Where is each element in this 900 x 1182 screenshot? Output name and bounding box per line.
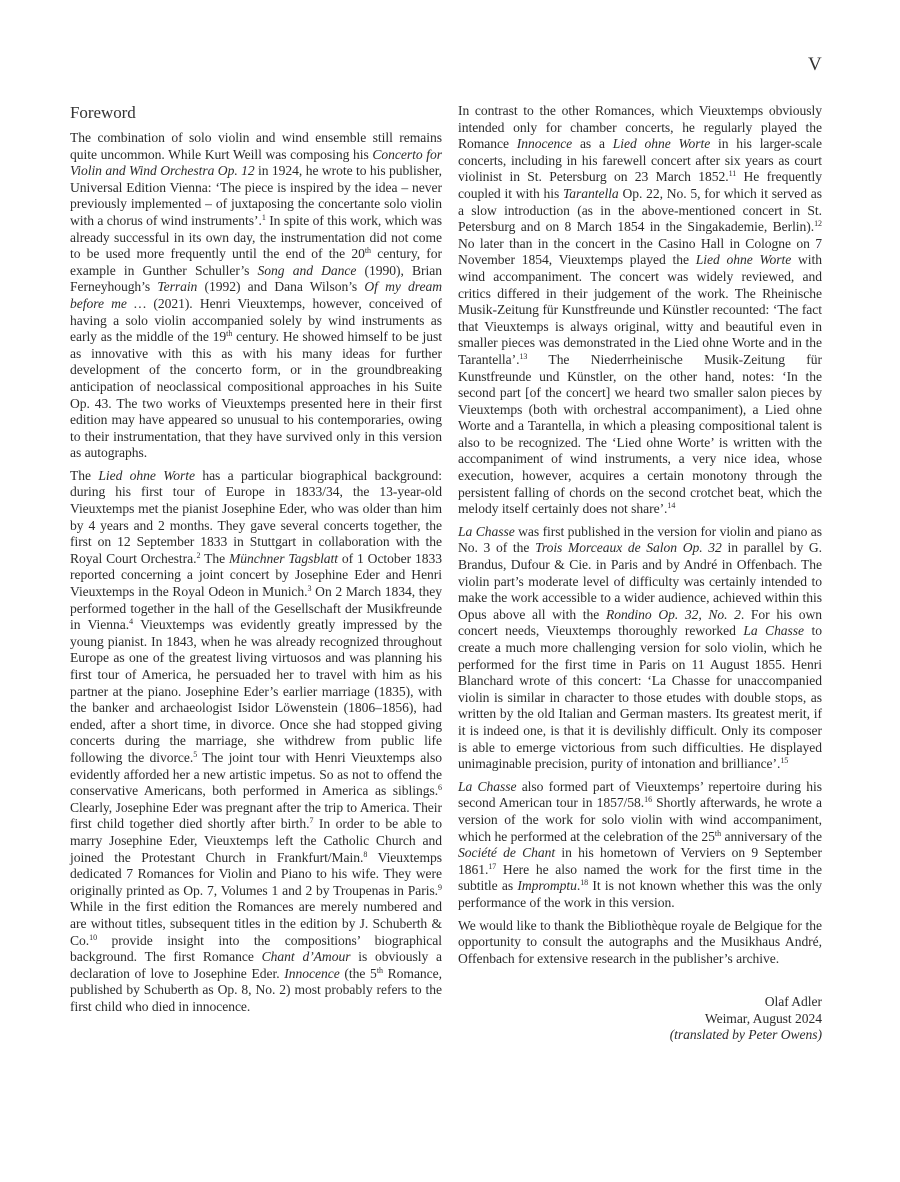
italic-title: Münchner Tagsblatt — [229, 551, 338, 566]
footnote-marker: 14 — [667, 501, 675, 510]
italic-title: Tarantella — [563, 186, 619, 201]
italic-title: Impromptu — [517, 878, 576, 893]
right-column: In contrast to the other Romances, which… — [458, 103, 822, 1044]
footnote-marker: 7 — [310, 816, 314, 825]
footnote-marker: 2 — [196, 551, 200, 560]
footnote-marker: th — [226, 329, 232, 338]
footnote-marker: 13 — [519, 352, 527, 361]
footnote-marker: th — [377, 966, 383, 975]
paragraph: We would like to thank the Bibliothèque … — [458, 918, 822, 968]
footnote-marker: 5 — [193, 750, 197, 759]
paragraph: The Lied ohne Worte has a particular bio… — [70, 468, 442, 1016]
italic-title: La Chasse — [458, 779, 516, 794]
italic-title: Trois Morceaux de Salon Op. 32 — [535, 540, 722, 555]
italic-title: Rondino Op. 32, No. 2 — [606, 607, 741, 622]
page-title: Foreword — [70, 103, 442, 123]
paragraph: The combination of solo violin and wind … — [70, 130, 442, 462]
right-column-text: In contrast to the other Romances, which… — [458, 103, 822, 967]
italic-title: Chant d’Amour — [262, 949, 351, 964]
footnote-marker: 8 — [363, 850, 367, 859]
italic-title: La Chasse — [458, 524, 515, 539]
italic-title: Lied ohne Worte — [613, 136, 710, 151]
footnote-marker: 1 — [262, 213, 266, 222]
footnote-marker: 16 — [644, 795, 652, 804]
left-column-text: The combination of solo violin and wind … — [70, 130, 442, 1015]
footnote-marker: 11 — [729, 169, 737, 178]
footnote-marker: 6 — [438, 783, 442, 792]
footnote-marker: th — [365, 246, 371, 255]
footnote-marker: 10 — [89, 933, 97, 942]
italic-title: Innocence — [517, 136, 572, 151]
left-column: Foreword The combination of solo violin … — [70, 103, 442, 1021]
footnote-marker: 12 — [814, 219, 822, 228]
footnote-marker: 15 — [780, 756, 788, 765]
signature-block: Olaf Adler Weimar, August 2024 (translat… — [458, 994, 822, 1044]
italic-title: La Chasse — [743, 623, 804, 638]
footnote-marker: 9 — [438, 883, 442, 892]
paragraph: La Chasse was first published in the ver… — [458, 524, 822, 773]
page-number: V — [808, 54, 822, 76]
footnote-marker: th — [715, 829, 721, 838]
italic-title: Lied ohne Worte — [98, 468, 195, 483]
footnote-marker: 17 — [488, 862, 496, 871]
italic-title: Terrain — [157, 279, 197, 294]
italic-title: Innocence — [284, 966, 339, 981]
translator-credit: (translated by Peter Owens) — [458, 1027, 822, 1044]
italic-title: Concerto for Violin and Wind Orchestra O… — [70, 147, 442, 179]
italic-title: Of my dream before me … — [70, 279, 442, 311]
footnote-marker: 18 — [580, 878, 588, 887]
paragraph: In contrast to the other Romances, which… — [458, 103, 822, 518]
place-date: Weimar, August 2024 — [458, 1011, 822, 1028]
italic-title: Lied ohne Worte — [696, 252, 791, 267]
footnote-marker: 3 — [308, 584, 312, 593]
author-name: Olaf Adler — [458, 994, 822, 1011]
footnote-marker: 4 — [129, 617, 133, 626]
paragraph: La Chasse also formed part of Vieuxtemps… — [458, 779, 822, 912]
italic-title: Société de Chant — [458, 845, 555, 860]
italic-title: Song and Dance — [258, 263, 357, 278]
